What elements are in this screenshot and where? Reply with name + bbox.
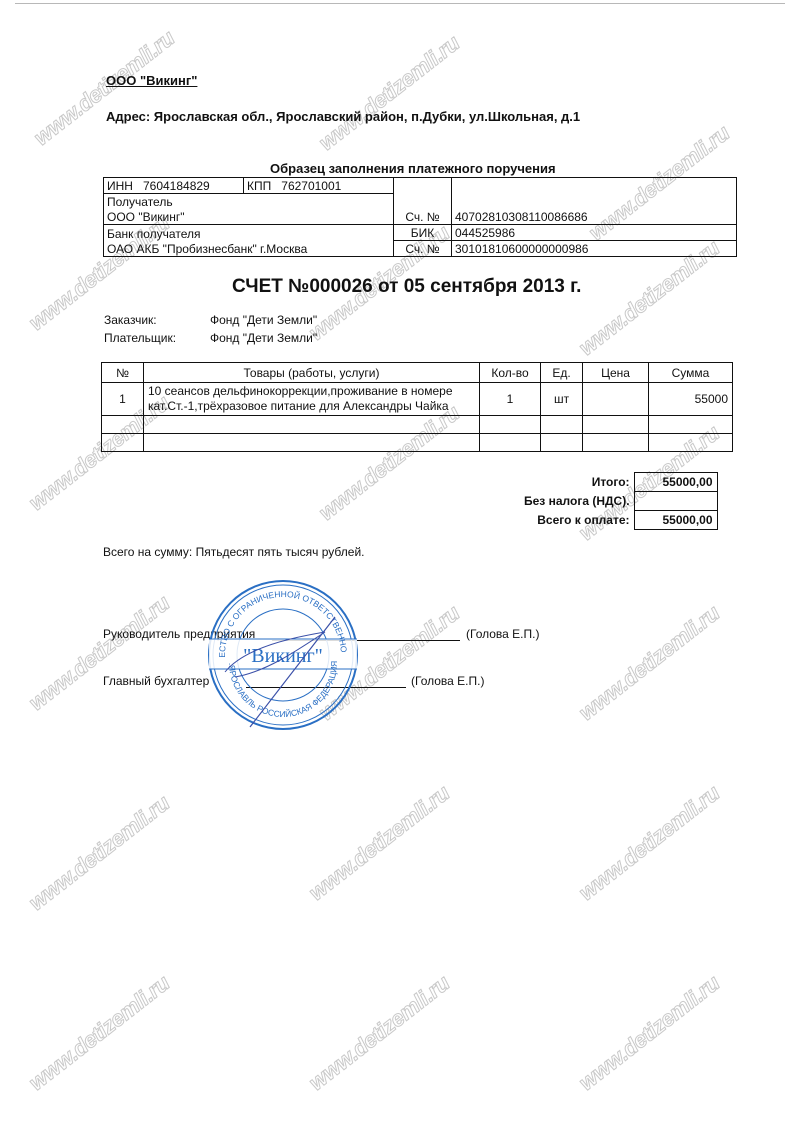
kpp-cell: КПП 762701001 [244, 178, 394, 194]
subtotal-value: 55000,00 [634, 473, 717, 492]
bank-details-table: ИНН 7604184829 КПП 762701001 Сч. № 40702… [103, 177, 737, 257]
totals-table: Итого:55000,00 Без налога (НДС). Всего к… [520, 472, 718, 530]
watermark-text: www.detizemli.ru [304, 970, 455, 1096]
watermark-text: www.detizemli.ru [314, 30, 465, 156]
payer-label: Плательщик: [104, 331, 176, 345]
cell-sum: 55000 [649, 383, 733, 416]
watermark-text: www.detizemli.ru [304, 780, 455, 906]
accountant-name: (Голова Е.П.) [411, 674, 484, 688]
payment-sample-title: Образец заполнения платежного поручения [270, 161, 556, 176]
inn-value: 7604184829 [143, 179, 210, 193]
cell-num: 1 [102, 383, 144, 416]
kpp-value: 762701001 [281, 179, 341, 193]
empty-row [102, 416, 733, 434]
invoice-title: СЧЕТ №000026 от 05 сентября 2013 г. [232, 276, 581, 298]
watermark-text: www.detizemli.ru [29, 25, 180, 151]
corr-account-value: 30101810600000000986 [452, 241, 737, 257]
subtotal-label: Итого: [520, 473, 634, 492]
items-table: №Товары (работы, услуги)Кол-воЕд.ЦенаСум… [101, 362, 733, 452]
cell-price [583, 383, 649, 416]
cell-unit: шт [541, 383, 583, 416]
company-stamp: ОБЩЕСТВО С ОГРАНИЧЕННОЙ ОТВЕТСТВЕННОСТЬЮ… [205, 577, 360, 732]
watermark-text: www.detizemli.ru [24, 970, 175, 1096]
empty-row [102, 434, 733, 452]
vat-value [634, 492, 717, 511]
company-name: ООО "Викинг" [106, 73, 197, 88]
watermark-text: www.detizemli.ru [574, 600, 725, 726]
customer-label: Заказчик: [104, 313, 157, 327]
column-header: Кол-во [480, 363, 541, 383]
inn-cell: ИНН 7604184829 [104, 178, 244, 194]
total-value: 55000,00 [634, 511, 717, 530]
account-label: Сч. № [394, 178, 452, 225]
company-address: Адрес: Ярославская обл., Ярославский рай… [106, 109, 580, 124]
customer-value: Фонд "Дети Земли" [210, 313, 317, 327]
column-header: Товары (работы, услуги) [144, 363, 480, 383]
column-header: Цена [583, 363, 649, 383]
bank-value: ОАО АКБ "Пробизнесбанк" г.Москва [104, 241, 394, 257]
total-label: Всего к оплате: [520, 511, 634, 530]
column-header: № [102, 363, 144, 383]
account-value: 40702810308110086686 [452, 178, 737, 225]
column-header: Ед. [541, 363, 583, 383]
bank-label: Банк получателя [104, 225, 394, 241]
column-header: Сумма [649, 363, 733, 383]
watermark-text: www.detizemli.ru [24, 790, 175, 916]
cell-description: 10 сеансов дельфинокоррекции,проживание … [144, 383, 480, 416]
scan-edge [15, 3, 785, 4]
director-name: (Голова Е.П.) [466, 627, 539, 641]
corr-account-label: Сч. № [394, 241, 452, 257]
watermark-text: www.detizemli.ru [574, 970, 725, 1096]
recipient-value: ООО "Викинг" [104, 209, 394, 225]
bik-label: БИК [394, 225, 452, 241]
recipient-label: Получатель [104, 194, 394, 210]
watermark-text: www.detizemli.ru [24, 590, 175, 716]
payer-value: Фонд "Дети Земли" [210, 331, 317, 345]
accountant-label: Главный бухгалтер [103, 674, 209, 688]
vat-label: Без налога (НДС). [520, 492, 634, 511]
cell-qty: 1 [480, 383, 541, 416]
watermark-text: www.detizemli.ru [574, 780, 725, 906]
bik-value: 044525986 [452, 225, 737, 241]
sum-in-words: Всего на сумму: Пятьдесят пять тысяч руб… [103, 545, 364, 559]
table-row: 110 сеансов дельфинокоррекции,проживание… [102, 383, 733, 416]
